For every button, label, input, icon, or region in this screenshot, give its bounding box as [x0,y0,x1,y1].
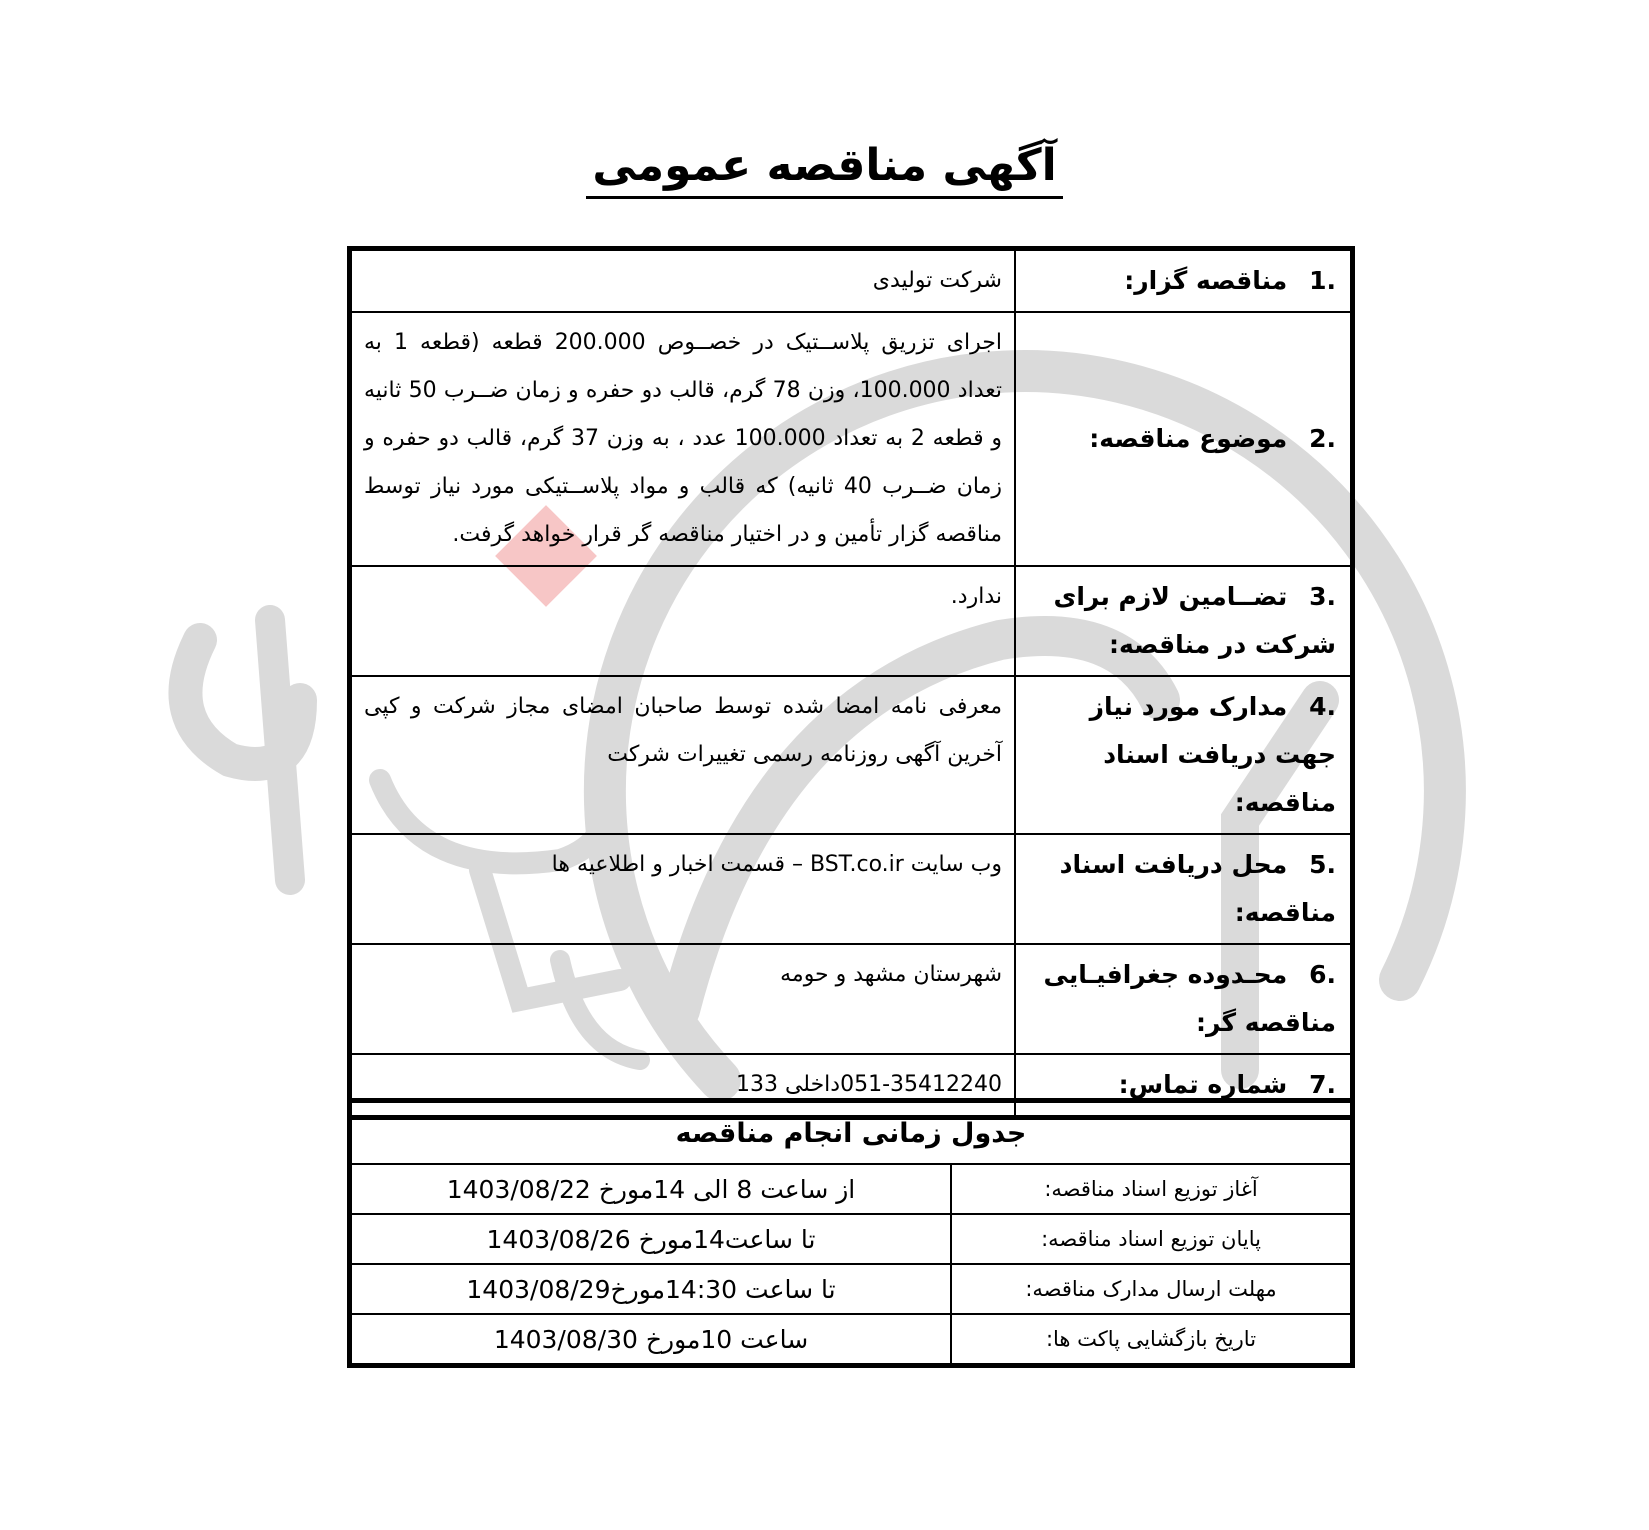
info-value-website: وب سایت BST.co.ir – قسمت اخبار و اطلاعیه… [350,834,1016,944]
page-title-text: آگهی مناقصه عمومی [586,140,1062,199]
tender-schedule-table: جدول زمانی انجام مناقصه آغاز توزیع اسناد… [347,1098,1355,1368]
row-number: 5. [1296,841,1336,889]
row-label: شماره تماس: [1119,1070,1288,1099]
info-row-tenderer: 1. مناقصه گزار: شرکت تولیدی [350,249,1353,313]
info-label: 2. موضوع مناقصه: [1015,312,1353,566]
schedule-key: تاریخ بازگشایی پاکت ها: [951,1314,1353,1366]
info-row-required-docs: 4. مدارک مورد نیاز جهت دریافت اسناد مناق… [350,676,1353,834]
schedule-value: ساعت 10مورخ 1403/08/30 [350,1314,952,1366]
info-label: 1. مناقصه گزار: [1015,249,1353,313]
info-value: شهرستان مشهد و حومه [350,944,1016,1054]
info-label: 6. محـدوده جغرافیـایی مناقصه گر: [1015,944,1353,1054]
schedule-key: مهلت ارسال مدارک مناقصه: [951,1264,1353,1314]
row-label: موضوع مناقصه: [1089,424,1287,453]
schedule-value: تا ساعت14مورخ 1403/08/26 [350,1214,952,1264]
info-row-docs-location: 5. محل دریافت اسناد مناقصه: وب سایت BST.… [350,834,1353,944]
row-number: 6. [1296,951,1336,999]
info-value: ندارد. [350,566,1016,676]
schedule-value: تا ساعت 14:30مورخ1403/08/29 [350,1264,952,1314]
info-row-subject: 2. موضوع مناقصه: اجرای تزریق پلاســتیک د… [350,312,1353,566]
row-label: تضــامین لازم برای شرکت در مناقصه: [1053,582,1336,659]
row-label: مناقصه گزار: [1124,266,1287,295]
info-row-guarantees: 3. تضــامین لازم برای شرکت در مناقصه: ند… [350,566,1353,676]
row-label: محل دریافت اسناد مناقصه: [1060,850,1336,927]
info-row-geographic-scope: 6. محـدوده جغرافیـایی مناقصه گر: شهرستان… [350,944,1353,1054]
info-label: 3. تضــامین لازم برای شرکت در مناقصه: [1015,566,1353,676]
schedule-value: از ساعت 8 الی 14مورخ 1403/08/22 [350,1164,952,1214]
info-label: 5. محل دریافت اسناد مناقصه: [1015,834,1353,944]
info-value: معرفی نامه امضا شده توسط صاحبان امضای مج… [350,676,1016,834]
row-number: 4. [1296,683,1336,731]
page-title: آگهی مناقصه عمومی [0,140,1649,199]
row-number: 2. [1296,415,1336,463]
schedule-heading: جدول زمانی انجام مناقصه [350,1101,1353,1165]
schedule-row: تاریخ بازگشایی پاکت ها: ساعت 10مورخ 1403… [350,1314,1353,1366]
row-label: محـدوده جغرافیـایی مناقصه گر: [1044,960,1336,1037]
schedule-row: آغاز توزیع اسناد مناقصه: از ساعت 8 الی 1… [350,1164,1353,1214]
row-number: 1. [1296,257,1336,305]
tender-info-table: 1. مناقصه گزار: شرکت تولیدی 2. موضوع منا… [347,246,1355,1120]
info-value: اجرای تزریق پلاســتیک در خصــوص 200.000 … [350,312,1016,566]
schedule-row: پایان توزیع اسناد مناقصه: تا ساعت14مورخ … [350,1214,1353,1264]
info-value: شرکت تولیدی [350,249,1016,313]
schedule-key: آغاز توزیع اسناد مناقصه: [951,1164,1353,1214]
schedule-key: پایان توزیع اسناد مناقصه: [951,1214,1353,1264]
info-label: 4. مدارک مورد نیاز جهت دریافت اسناد مناق… [1015,676,1353,834]
schedule-row: مهلت ارسال مدارک مناقصه: تا ساعت 14:30مو… [350,1264,1353,1314]
row-number: 3. [1296,573,1336,621]
tender-notice-page: آگهی مناقصه عمومی 1. مناقصه گزار: شرکت ت… [0,0,1649,1530]
